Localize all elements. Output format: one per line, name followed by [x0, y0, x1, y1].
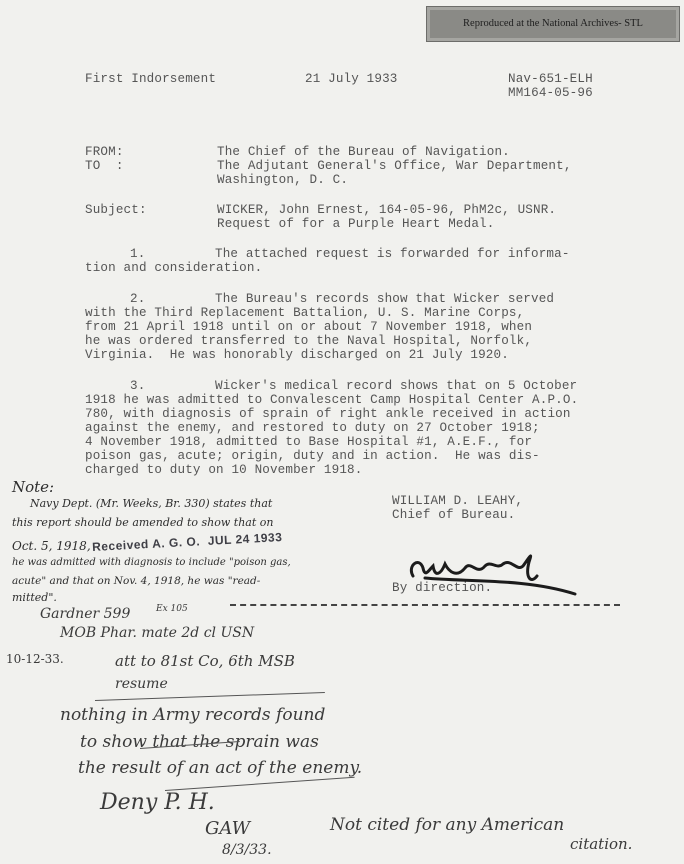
annotation-initials: GAW: [205, 818, 250, 839]
archive-banner-text: Reproduced at the National Archives- STL: [427, 18, 679, 29]
paragraph-line: poison gas, acute; origin, duty and in a…: [85, 449, 540, 463]
paragraph-line: The Bureau's records show that Wicker se…: [215, 292, 554, 306]
from-value: The Chief of the Bureau of Navigation.: [217, 145, 510, 159]
paragraph-line: 4 November 1918, admitted to Base Hospit…: [85, 435, 532, 449]
subject-label: Subject:: [85, 203, 147, 217]
paragraph-line: Wicker's medical record shows that on 5 …: [215, 379, 577, 393]
from-label: FROM:: [85, 145, 124, 159]
annotation-citation-2: citation.: [570, 835, 632, 853]
paragraph-line: tion and consideration.: [85, 261, 262, 275]
annotation-ext: Ex 105: [156, 604, 188, 614]
paragraph-line: with the Third Replacement Battalion, U.…: [85, 306, 524, 320]
annotation-resume: resume: [115, 676, 168, 692]
note-heading: Note:: [12, 478, 54, 496]
dashed-separator: [230, 604, 620, 606]
annotation-rate: MOB Phar. mate 2d cl USN: [60, 625, 254, 641]
annotation-finding-1: nothing in Army records found: [60, 705, 325, 725]
to-value-line-2: Washington, D. C.: [217, 173, 348, 187]
paragraph-line: against the enemy, and restored to duty …: [85, 421, 540, 435]
paragraph-number: 1.: [130, 247, 145, 261]
paragraph-line: 780, with diagnosis of sprain of right a…: [85, 407, 571, 421]
document-date: 21 July 1933: [305, 72, 398, 86]
to-value-line-1: The Adjutant General's Office, War Depar…: [217, 159, 572, 173]
subject-line-2: Request of for a Purple Heart Medal.: [217, 217, 494, 231]
paragraph-line: from 21 April 1918 until on or about 7 N…: [85, 320, 532, 334]
note-line: this report should be amended to show th…: [12, 516, 273, 529]
archive-banner: Reproduced at the National Archives- STL: [426, 6, 680, 42]
signatory-title: Chief of Bureau.: [392, 508, 515, 522]
indorsement-title: First Indorsement: [85, 72, 216, 86]
annotation-unit: att to 81st Co, 6th MSB: [115, 652, 295, 670]
note-line: Oct. 5, 1918,: [12, 539, 91, 553]
note-line: mitted".: [12, 591, 57, 604]
underline-rule: [165, 777, 355, 791]
paragraph-line: charged to duty on 10 November 1918.: [85, 463, 362, 477]
file-reference-2: MM164-05-96: [508, 86, 593, 100]
received-stamp: Received A. G. O. JUL 24 1933: [92, 530, 283, 554]
paragraph-line: The attached request is forwarded for in…: [215, 247, 570, 261]
note-line: acute" and that on Nov. 4, 1918, he was …: [12, 575, 260, 587]
paragraph-number: 2.: [130, 292, 145, 306]
subject-line-1: WICKER, John Ernest, 164-05-96, PhM2c, U…: [217, 203, 556, 217]
file-reference-1: Nav-651-ELH: [508, 72, 593, 86]
annotation-finding-2: to show that the sprain was: [80, 732, 319, 752]
paragraph-line: 1918 he was admitted to Convalescent Cam…: [85, 393, 578, 407]
signature-scrawl-icon: [405, 548, 580, 598]
note-line: he was admitted with diagnosis to includ…: [12, 557, 291, 568]
paragraph-line: Virginia. He was honorably discharged on…: [85, 348, 509, 362]
annotation-citation-1: Not cited for any American: [330, 815, 564, 835]
note-line: Navy Dept. (Mr. Weeks, Br. 330) states t…: [30, 497, 272, 510]
annotation-date: 10-12-33.: [6, 652, 64, 666]
paragraph-number: 3.: [130, 379, 145, 393]
paragraph-line: he was ordered transferred to the Naval …: [85, 334, 532, 348]
annotation-decision: Deny P. H.: [100, 790, 215, 815]
annotation-initials-date: 8/3/33.: [222, 842, 272, 858]
signatory-name: WILLIAM D. LEAHY,: [392, 494, 523, 508]
underline-rule: [95, 692, 325, 701]
annotation-name: Gardner 599: [40, 606, 130, 622]
annotation-finding-3: the result of an act of the enemy.: [78, 758, 362, 778]
to-label: TO :: [85, 159, 124, 173]
